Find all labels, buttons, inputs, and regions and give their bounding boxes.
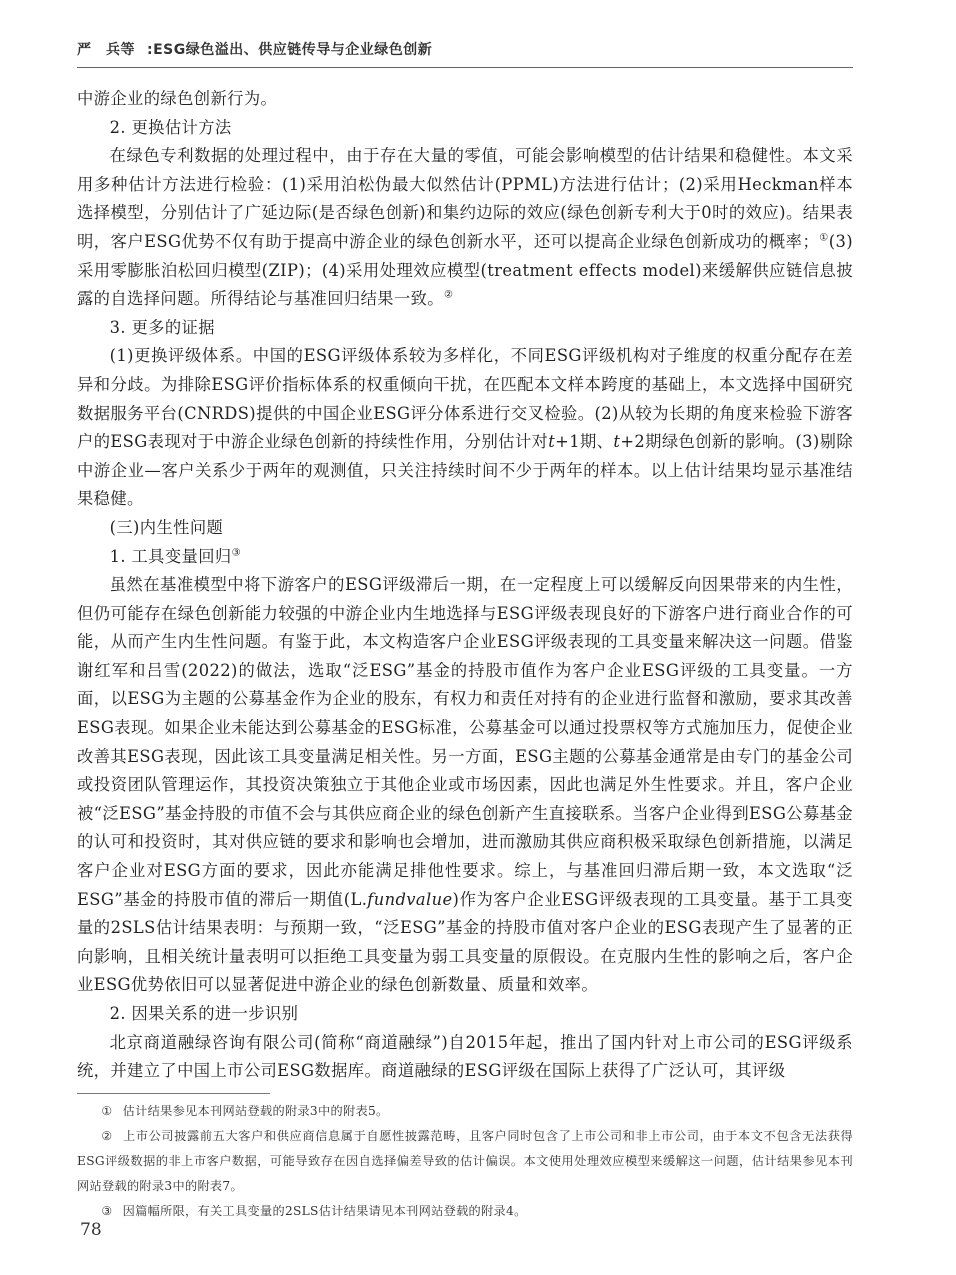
page-number: 78 (80, 1220, 102, 1240)
subsection-heading: 3. 更多的证据 (77, 314, 853, 343)
variable-name: fundvalue (367, 890, 452, 909)
paragraph: 虽然在基准模型中将下游客户的ESG评级滞后一期，在一定程度上可以缓解反向因果带来… (77, 571, 853, 1000)
paragraph: (1)更换评级体系。中国的ESG评级体系较为多样化，不同ESG评级机构对子维度的… (77, 342, 853, 514)
header-author: 严 兵等 (77, 42, 135, 58)
footnote-ref-2[interactable]: ② (444, 290, 453, 301)
subsection-heading: 2. 因果关系的进一步识别 (77, 1000, 853, 1029)
paragraph-text: 虽然在基准模型中将下游客户的ESG评级滞后一期，在一定程度上可以缓解反向因果带来… (77, 575, 853, 909)
footnote-3: ③因篇幅所限，有关工具变量的2SLS估计结果请见本刊网站登载的附录4。 (77, 1199, 853, 1224)
subsection-heading: 2. 更换估计方法 (77, 114, 853, 143)
footnote-2: ②上市公司披露前五大客户和供应商信息属于自愿性披露范畴，且客户同时包含了上市公司… (77, 1124, 853, 1199)
paragraph-text: +1期、 (555, 432, 613, 451)
heading-text: 2. 因果关系的进一步识别 (110, 1004, 299, 1023)
footnote-text: 上市公司披露前五大客户和供应商信息属于自愿性披露范畴，且客户同时包含了上市公司和… (77, 1129, 853, 1193)
section-heading: (三)内生性问题 (77, 514, 853, 543)
footnote-mark: ③ (101, 1204, 112, 1218)
footnote-text: 因篇幅所限，有关工具变量的2SLS估计结果请见本刊网站登载的附录4。 (123, 1204, 527, 1218)
subsection-heading: 1. 工具变量回归③ (77, 543, 853, 572)
body-text: 中游企业的绿色创新行为。 2. 更换估计方法 在绿色专利数据的处理过程中，由于存… (77, 85, 853, 1086)
footnotes: ①估计结果参见本刊网站登载的附录3中的附表5。 ②上市公司披露前五大客户和供应商… (77, 1099, 853, 1224)
footnote-1: ①估计结果参见本刊网站登载的附录3中的附表5。 (77, 1099, 853, 1124)
footnote-ref-1[interactable]: ① (819, 233, 829, 244)
footnote-text: 估计结果参见本刊网站登载的附录3中的附表5。 (123, 1104, 389, 1118)
paragraph: 中游企业的绿色创新行为。 (77, 85, 853, 114)
footnote-mark: ② (101, 1129, 113, 1143)
heading-text: (三)内生性问题 (110, 518, 224, 537)
paragraph: 在绿色专利数据的处理过程中，由于存在大量的零值，可能会影响模型的估计结果和稳健性… (77, 142, 853, 314)
paragraph-text: 在绿色专利数据的处理过程中，由于存在大量的零值，可能会影响模型的估计结果和稳健性… (77, 146, 853, 251)
running-header: 严 兵等:ESG绿色溢出、供应链传导与企业绿色创新 (77, 39, 853, 68)
heading-text: 3. 更多的证据 (110, 318, 215, 337)
paragraph-text: 北京商道融绿咨询有限公司(简称“商道融绿”)自2015年起，推出了国内针对上市公… (77, 1033, 853, 1081)
footnote-ref-3[interactable]: ③ (232, 547, 241, 558)
heading-text: 2. 更换估计方法 (110, 118, 232, 137)
footnote-mark: ① (101, 1104, 112, 1118)
header-title: ESG绿色溢出、供应链传导与企业绿色创新 (153, 42, 432, 58)
paragraph: 北京商道融绿咨询有限公司(简称“商道融绿”)自2015年起，推出了国内针对上市公… (77, 1029, 853, 1086)
paragraph-text: 中游企业的绿色创新行为。 (77, 89, 277, 108)
footnote-divider (77, 1093, 270, 1094)
heading-text: 1. 工具变量回归 (110, 547, 232, 566)
